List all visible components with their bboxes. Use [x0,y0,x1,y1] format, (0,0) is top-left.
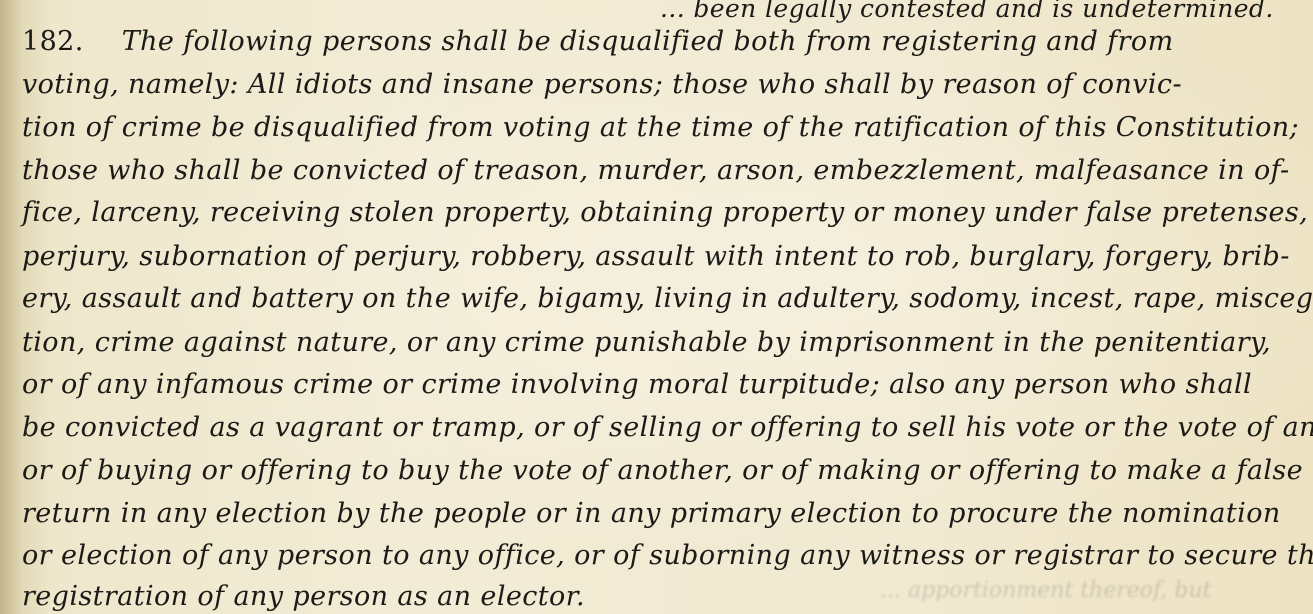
text-line-3: tion of crime be disqualified from votin… [22,114,1283,141]
text-line-6: perjury, subornation of perjury, robbery… [22,243,1283,270]
text-line-7: ery, assault and battery on the wife, bi… [22,285,1283,312]
text-line-1: 182.The following persons shall be disqu… [22,28,1283,55]
section-number: 182. [22,26,84,57]
text-line-8: tion, crime against nature, or any crime… [22,329,1283,356]
text-line-11: or of buying or offering to buy the vote… [22,457,1283,484]
text-line-13: or election of any person to any office,… [22,542,1283,569]
text-line-2: voting, namely: All idiots and insane pe… [22,71,1283,98]
binding-shadow [0,0,22,614]
bleed-through-text: ... apportionment thereof, but [880,578,1211,603]
text-line-10: be convicted as a vagrant or tramp, or o… [22,414,1283,441]
text-line-12: return in any election by the people or … [22,500,1283,527]
text-line-5: fice, larceny, receiving stolen property… [22,199,1283,226]
text-line-4: those who shall be convicted of treason,… [22,157,1283,184]
text-line-9: or of any infamous crime or crime involv… [22,371,1283,398]
manuscript-page: ... been legally contested and is undete… [0,0,1313,614]
partial-top-line: ... been legally contested and is undete… [660,0,1283,21]
